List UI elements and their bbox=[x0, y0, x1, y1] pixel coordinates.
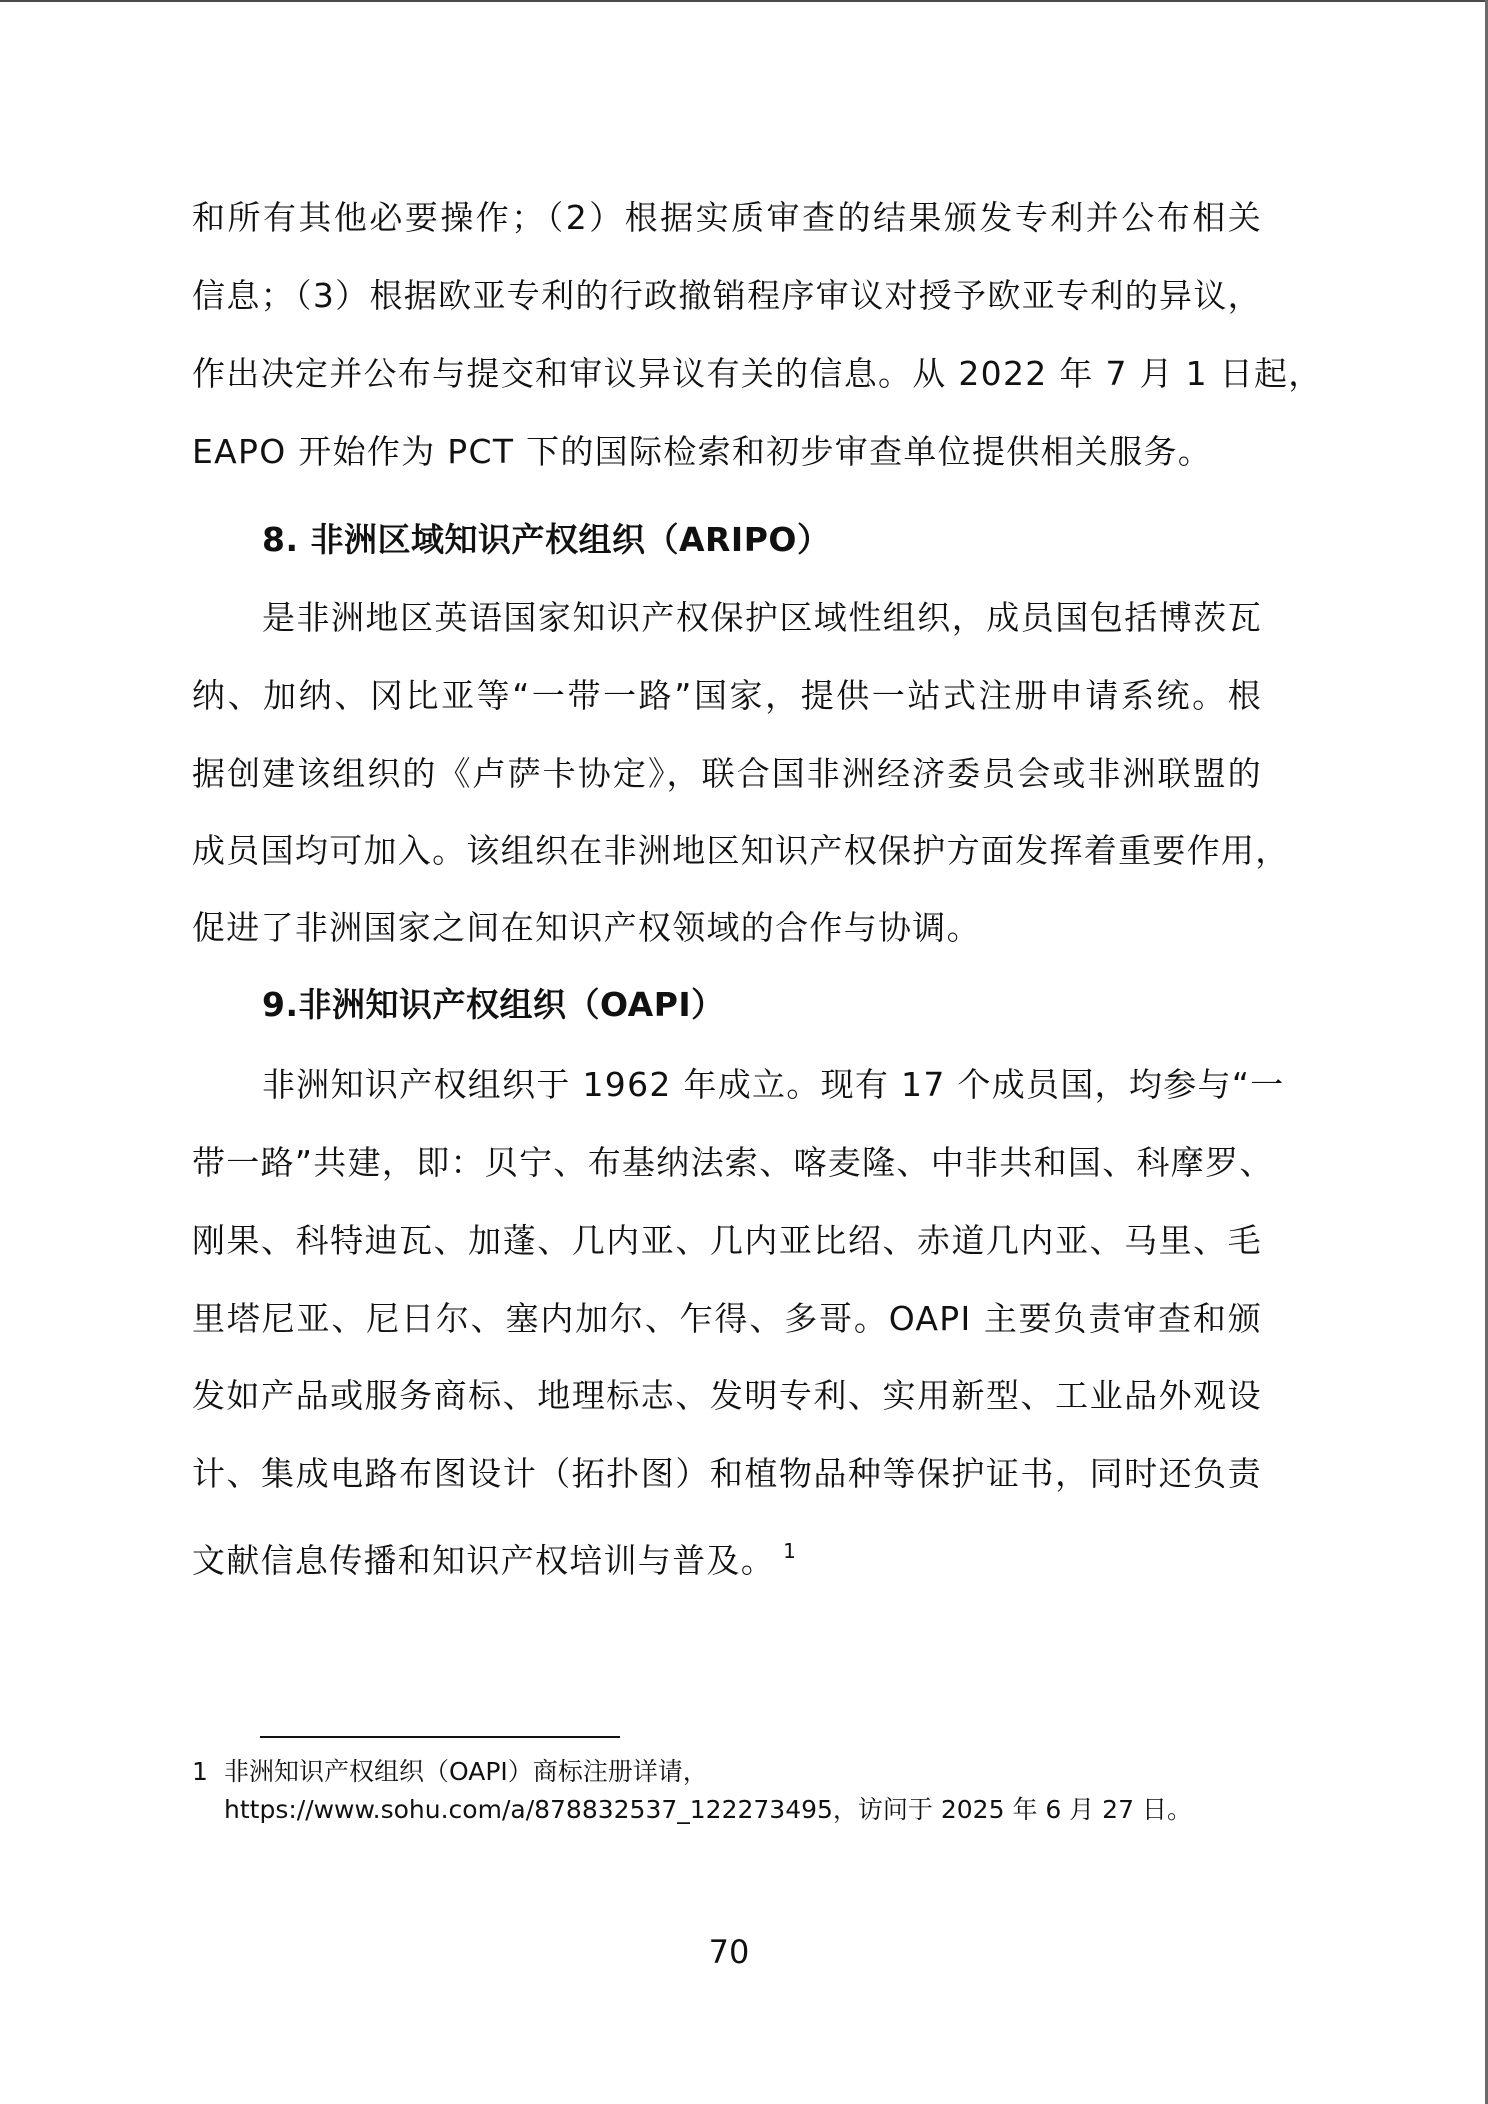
footnote-line-2: https://www.sohu.com/a/878832537_1222734… bbox=[224, 1794, 1192, 1826]
text-line: 带一路”共建，即：贝宁、布基纳法索、喀麦隆、中非共和国、科摩罗、 bbox=[192, 1141, 1262, 1185]
footnote-number: 1 bbox=[192, 1756, 224, 1788]
footnote-text: 非洲知识产权组织（OAPI）商标注册详请， bbox=[224, 1757, 708, 1786]
text-line: 非洲知识产权组织于 1962 年成立。现有 17 个成员国，均参与“一 bbox=[262, 1063, 1262, 1107]
footnote-line-1: 1非洲知识产权组织（OAPI）商标注册详请， bbox=[192, 1756, 708, 1788]
text-line: 促进了非洲国家之间在知识产权领域的合作与协调。 bbox=[192, 906, 981, 950]
text-line: 是非洲地区英语国家知识产权保护区域性组织，成员国包括博茨瓦 bbox=[262, 596, 1262, 640]
text-line: 刚果、科特迪瓦、加蓬、几内亚、几内亚比绍、赤道几内亚、马里、毛 bbox=[192, 1219, 1262, 1263]
text-line: 信息；（3）根据欧亚专利的行政撤销程序审议对授予欧亚专利的异议， bbox=[192, 274, 1262, 318]
page-border-top bbox=[0, 0, 1488, 2]
text-line: 和所有其他必要操作；（2）根据实质审查的结果颁发专利并公布相关 bbox=[192, 196, 1262, 240]
footnote-separator bbox=[260, 1736, 620, 1738]
text-line-content: 文献信息传播和知识产权培训与普及。 bbox=[192, 1541, 775, 1580]
footnote-link[interactable]: https://www.sohu.com/a/878832537_1222734… bbox=[224, 1795, 1192, 1824]
footnote-reference[interactable]: 1 bbox=[783, 1539, 797, 1563]
text-line: 据创建该组织的《卢萨卡协定》，联合国非洲经济委员会或非洲联盟的 bbox=[192, 752, 1262, 796]
text-line: 计、集成电路布图设计（拓扑图）和植物品种等保护证书，同时还负责 bbox=[192, 1452, 1262, 1496]
section-heading-oapi: 9.非洲知识产权组织（OAPI） bbox=[262, 983, 725, 1027]
text-line: 里塔尼亚、尼日尔、塞内加尔、乍得、多哥。OAPI 主要负责审查和颁 bbox=[192, 1297, 1262, 1341]
text-line: EAPO 开始作为 PCT 下的国际检索和初步审查单位提供相关服务。 bbox=[192, 430, 1212, 474]
text-line: 发如产品或服务商标、地理标志、发明专利、实用新型、工业品外观设 bbox=[192, 1374, 1262, 1418]
text-line: 文献信息传播和知识产权培训与普及。1 bbox=[192, 1529, 797, 1573]
text-line: 纳、加纳、冈比亚等“一带一路”国家，提供一站式注册申请系统。根 bbox=[192, 674, 1262, 718]
text-line: 成员国均可加入。该组织在非洲地区知识产权保护方面发挥着重要作用， bbox=[192, 829, 1262, 873]
section-heading-aripo: 8. 非洲区域知识产权组织（ARIPO） bbox=[262, 518, 830, 562]
page-number: 70 bbox=[0, 1932, 1458, 1972]
text-line: 作出决定并公布与提交和审议异议有关的信息。从 2022 年 7 月 1 日起， bbox=[192, 352, 1262, 396]
